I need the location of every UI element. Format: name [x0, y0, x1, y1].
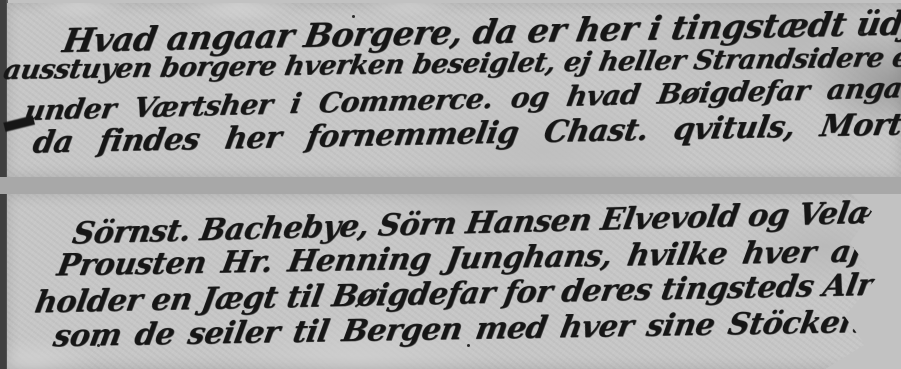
- ink-speck: [859, 31, 863, 34]
- ink-speck: [352, 15, 355, 18]
- paper-strip-top: Hvad angaar Borgere, da er her i tingstæ…: [7, 3, 901, 177]
- paper-strip-bottom: Sörnst. Bachebye, Sörn Hansen Elvevold o…: [7, 194, 887, 369]
- manuscript-scan: Hvad angaar Borgere, da er her i tingstæ…: [0, 0, 901, 369]
- ink-speck: [507, 25, 510, 28]
- ink-speck: [307, 214, 311, 218]
- ink-speck: [467, 344, 470, 347]
- strip-gap: [0, 177, 901, 194]
- ink-speck: [97, 344, 100, 347]
